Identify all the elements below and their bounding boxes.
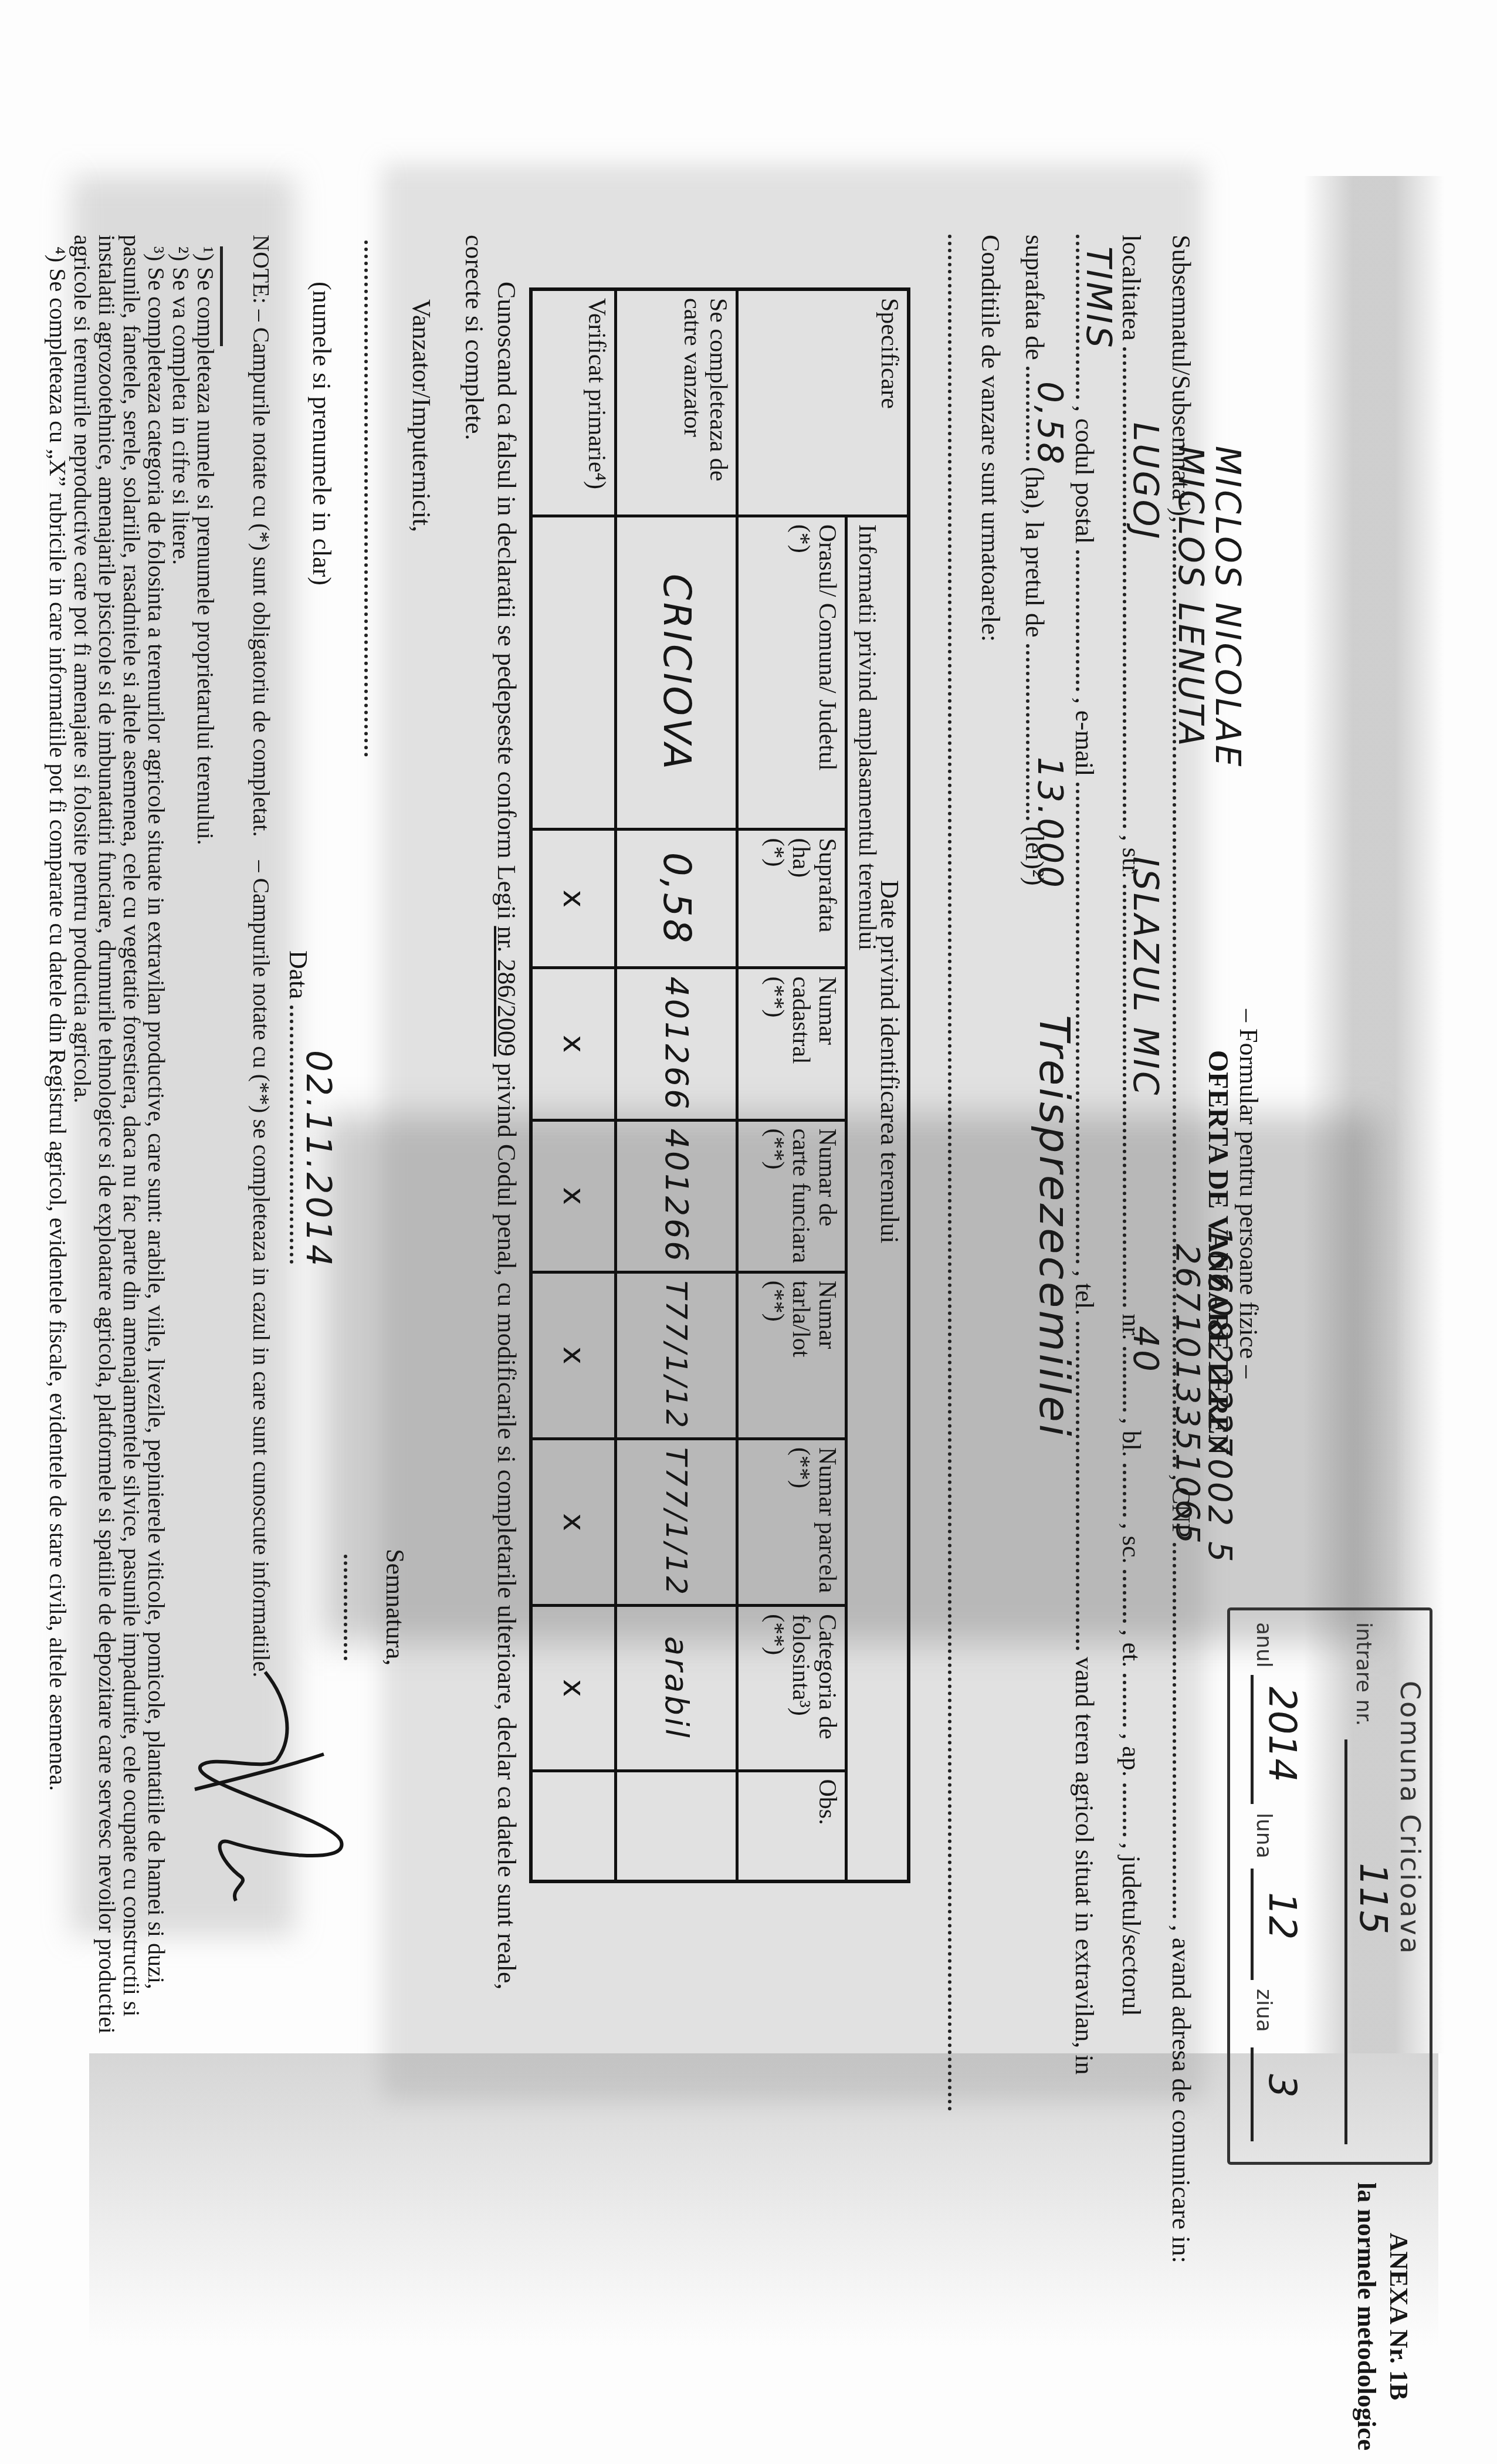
footnote-separator: [220, 246, 223, 346]
cell-tarla-lot: T77/1/12: [616, 1272, 737, 1439]
address-intro: avand adresa de comunicare in:: [1167, 1938, 1195, 2263]
stamp-year-label: anul: [1252, 1622, 1276, 1668]
note-optional: – Campurile notate cu (**) se completeaz…: [248, 860, 275, 1677]
street-value: ISLAZUL MIC: [1126, 857, 1166, 1098]
law-reference: nr. 286/2009: [492, 926, 521, 1056]
column-header: Suprafata (ha)(*): [737, 830, 846, 968]
annex-title: ANEXA Nr. 1B: [1383, 2182, 1415, 2451]
offer-text: vand teren agricol situat in extravilan,…: [1070, 1657, 1099, 2074]
block-label: bl.: [1117, 1431, 1146, 1457]
column-header: Numar tarla/lot(**): [737, 1272, 846, 1439]
footnote-3-cont: instalatii agrozootehnice, amenajarile p…: [94, 235, 120, 2034]
email-label: e-mail: [1070, 710, 1099, 776]
staircase-label: sc.: [1117, 1536, 1146, 1564]
column-header: Numar cadastral(**): [737, 968, 846, 1120]
seller-cnp-2: 2671013351065: [1169, 1244, 1207, 1546]
signature-dotted-line: [344, 1555, 347, 1660]
column-header: Numar de carte funciara(**): [737, 1120, 846, 1272]
conditions-label: Conditiile de vanzare sunt urmatoarele:: [976, 235, 1004, 642]
cell-verify: [531, 516, 616, 830]
cell-verify: x: [531, 1272, 616, 1439]
row-label: Se completeaza de catre vanzator: [616, 289, 737, 516]
number-value: 40: [1126, 1326, 1166, 1374]
scanned-form-page: ANEXA Nr. 1B la normele metodologice Com…: [0, 0, 1497, 2464]
price-value: 13.000: [1030, 757, 1070, 890]
column-header: Numar parcela(**): [737, 1439, 846, 1606]
seller-signature-label: Vanzator/Imputernicit,: [407, 299, 435, 532]
cell-cadastral: 401266: [616, 968, 737, 1120]
cell-obs: [616, 1771, 737, 1881]
area-value: 0,58: [1030, 381, 1070, 466]
table-group-header: Date privind identificarea terenului: [875, 880, 903, 1243]
cell-verify: x: [531, 1606, 616, 1771]
cell-verify: [531, 1771, 616, 1881]
annex-subtitle: la normele metodologice: [1350, 2182, 1383, 2451]
stamp-day: 3: [1260, 2074, 1303, 2098]
note-mandatory: – Campurile notate cu (*) sunt obligator…: [248, 310, 275, 837]
column-header: Categoria de folosinta³)(**): [737, 1606, 846, 1771]
cell-verify: x: [531, 1439, 616, 1606]
stamp-institution: Comuna Cricioava: [1394, 1681, 1426, 1955]
seller-name-dotted-line: [364, 241, 368, 757]
cell-locality: CRICIOVA: [616, 516, 737, 830]
county-label: judetul/sectorul: [1117, 1856, 1146, 2016]
notes-line: NOTE: – Campurile notate cu (*) sunt obl…: [248, 235, 274, 1677]
stamp-entry-number: 115: [1351, 1863, 1394, 1934]
notes-title: NOTE:: [248, 235, 275, 304]
declaration-line-1: Cunoscand ca falsul in declaratii se ped…: [492, 282, 520, 1990]
stamp-entry-label: intrare nr.: [1352, 1622, 1376, 1726]
annex-header: ANEXA Nr. 1B la normele metodologice: [1350, 2182, 1415, 2451]
declaration-line-2: corecte si complete.: [460, 235, 488, 441]
stamp-month-label: luna: [1252, 1813, 1276, 1859]
postal-code-label: codul postal: [1070, 418, 1099, 544]
column-header: Obs.: [737, 1771, 846, 1881]
apartment-label: ap.: [1117, 1746, 1146, 1777]
locality-label: localitatea: [1117, 235, 1146, 341]
cell-parcel: T77/1/12: [616, 1439, 737, 1606]
locality-value: LUGOJ: [1126, 422, 1166, 541]
cell-use-category: arabil: [616, 1606, 737, 1771]
row-header-spec: Specificare: [737, 289, 909, 516]
stamp-month: 12: [1260, 1892, 1303, 1940]
cell-verify: x: [531, 1120, 616, 1272]
conditions-dotted-line: [948, 235, 951, 2112]
column-header: Orasul/ Comuna/ Judetul(*): [737, 516, 846, 830]
cell-verify: x: [531, 830, 616, 968]
date-label: Data: [284, 950, 313, 999]
registry-stamp: Comuna Cricioava intrare nr. 115 anul 20…: [1227, 1607, 1432, 2165]
date-value: 02.11.2014: [299, 1050, 338, 1268]
cell-land-book: 401266: [616, 1120, 737, 1272]
stamp-day-label: ziua: [1252, 1989, 1276, 2032]
table-row: Verificat primarie⁴) x x x x x x: [531, 289, 616, 1881]
footnote-4: ⁴) Se completeaza cu „X” rubricile in ca…: [45, 246, 70, 1791]
county-value: TIMIS: [1079, 246, 1119, 350]
footnote-3-cont: agricole si terenurile neproductive care…: [69, 235, 95, 1104]
cell-area: 0,58: [616, 830, 737, 968]
row-label: Verificat primarie⁴): [531, 289, 616, 516]
area-label: suprafata de: [1020, 235, 1049, 360]
footnote-1: ¹) Se completeaza numele si prenumele pr…: [192, 246, 218, 845]
table-header-row: Orasul/ Comuna/ Judetul(*) Suprafata (ha…: [737, 289, 846, 1881]
signature-label: Semnatura,: [381, 1549, 409, 1666]
floor-label: et.: [1117, 1642, 1146, 1667]
footnote-3-cont: pasunile, fanetele, serele, solariile, r…: [118, 235, 144, 2016]
name-hint: (numele si prenumele in clar): [307, 282, 336, 585]
land-identification-table: Specificare Informatii privind amplasame…: [529, 287, 910, 1883]
seller-name-1: MICLOS NICOLAE: [1208, 446, 1248, 769]
table-row: Se completeaza de catre vanzator CRICIOV…: [616, 289, 737, 1881]
price-in-words: Treisprezecemiilei: [1030, 1015, 1079, 1439]
cell-verify: x: [531, 968, 616, 1120]
handwritten-signature: [183, 1666, 359, 1913]
area-unit: (ha), la pretul de: [1020, 467, 1049, 638]
seller-name-2: MICLOS LENUTA: [1171, 446, 1211, 749]
stamp-year: 2014: [1260, 1687, 1303, 1782]
footnote-2: ²) Se va completa in cifre si litere.: [168, 246, 194, 565]
footnote-3: ³) Se completeaza categoria de folosinta…: [143, 246, 169, 1989]
